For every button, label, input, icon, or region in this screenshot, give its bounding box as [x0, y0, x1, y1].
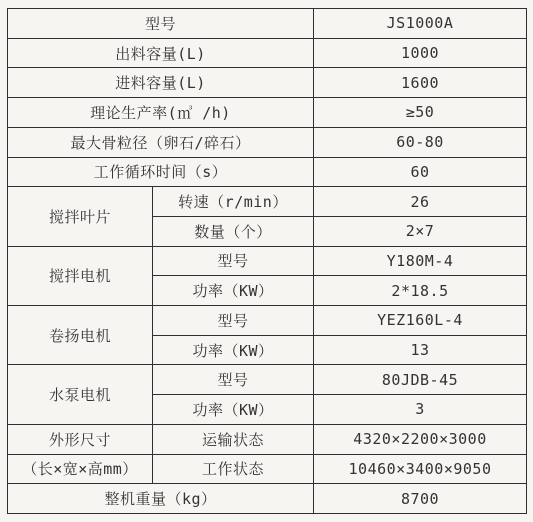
spec-value: 60-80 — [314, 127, 527, 157]
spec-value: 26 — [314, 187, 527, 217]
spec-sublabel: 运输状态 — [153, 424, 314, 454]
table-row-cycle-time: 工作循环时间（s） 60 — [8, 157, 527, 187]
spec-category: 搅拌叶片 — [8, 187, 153, 246]
spec-label: 理论生产率(㎥ /h) — [8, 98, 314, 128]
spec-label: 型号 — [8, 9, 314, 39]
spec-label: 工作循环时间（s） — [8, 157, 314, 187]
table-wrapper: 型号 JS1000A 出料容量(L) 1000 进料容量(L) 1600 理论生… — [0, 0, 533, 522]
spec-value: 10460×3400×9050 — [314, 454, 527, 484]
spec-value: ≥50 — [314, 98, 527, 128]
spec-value: 13 — [314, 335, 527, 365]
table-row-mixing-blade-speed: 搅拌叶片 转速（r/min） 26 — [8, 187, 527, 217]
spec-value: 1600 — [314, 68, 527, 98]
spec-label: 出料容量(L) — [8, 38, 314, 68]
spec-sublabel: 数量（个） — [153, 216, 314, 246]
spec-value: 3 — [314, 395, 527, 425]
spec-value: 2*18.5 — [314, 276, 527, 306]
spec-category: （长×宽×高mm） — [8, 454, 153, 484]
table-row-max-aggregate-size: 最大骨粒径（卵石/碎石） 60-80 — [8, 127, 527, 157]
spec-sublabel: 转速（r/min） — [153, 187, 314, 217]
spec-category: 水泵电机 — [8, 365, 153, 424]
spec-value: 4320×2200×3000 — [314, 424, 527, 454]
table-row-feed-capacity: 进料容量(L) 1600 — [8, 68, 527, 98]
page: { "colors": { "page_background": "#f6f5f… — [0, 0, 533, 522]
spec-label: 最大骨粒径（卵石/碎石） — [8, 127, 314, 157]
spec-sublabel: 型号 — [153, 246, 314, 276]
spec-value: 8700 — [314, 484, 527, 514]
spec-value: YEZ160L-4 — [314, 306, 527, 336]
spec-sublabel: 功率（KW） — [153, 395, 314, 425]
spec-sublabel: 工作状态 — [153, 454, 314, 484]
spec-value: 80JDB-45 — [314, 365, 527, 395]
spec-value: Y180M-4 — [314, 246, 527, 276]
spec-category: 搅拌电机 — [8, 246, 153, 305]
spec-value: JS1000A — [314, 9, 527, 39]
spec-sublabel: 功率（KW） — [153, 335, 314, 365]
table-row-hoist-motor-model: 卷扬电机 型号 YEZ160L-4 — [8, 306, 527, 336]
table-row-total-weight: 整机重量（kg） 8700 — [8, 484, 527, 514]
table-row-productivity: 理论生产率(㎥ /h) ≥50 — [8, 98, 527, 128]
table-row-dimensions-transport: 外形尺寸 运输状态 4320×2200×3000 — [8, 424, 527, 454]
spec-sublabel: 功率（KW） — [153, 276, 314, 306]
spec-label: 整机重量（kg） — [8, 484, 314, 514]
spec-value: 60 — [314, 157, 527, 187]
spec-sublabel: 型号 — [153, 365, 314, 395]
spec-sublabel: 型号 — [153, 306, 314, 336]
spec-value: 2×7 — [314, 216, 527, 246]
spec-value: 1000 — [314, 38, 527, 68]
spec-label: 进料容量(L) — [8, 68, 314, 98]
table-row-discharge-capacity: 出料容量(L) 1000 — [8, 38, 527, 68]
table-row-model: 型号 JS1000A — [8, 9, 527, 39]
table-row-pump-motor-model: 水泵电机 型号 80JDB-45 — [8, 365, 527, 395]
spec-category: 卷扬电机 — [8, 306, 153, 365]
spec-table: 型号 JS1000A 出料容量(L) 1000 进料容量(L) 1600 理论生… — [7, 8, 527, 514]
spec-category: 外形尺寸 — [8, 424, 153, 454]
table-row-mixing-motor-model: 搅拌电机 型号 Y180M-4 — [8, 246, 527, 276]
table-row-dimensions-working: （长×宽×高mm） 工作状态 10460×3400×9050 — [8, 454, 527, 484]
